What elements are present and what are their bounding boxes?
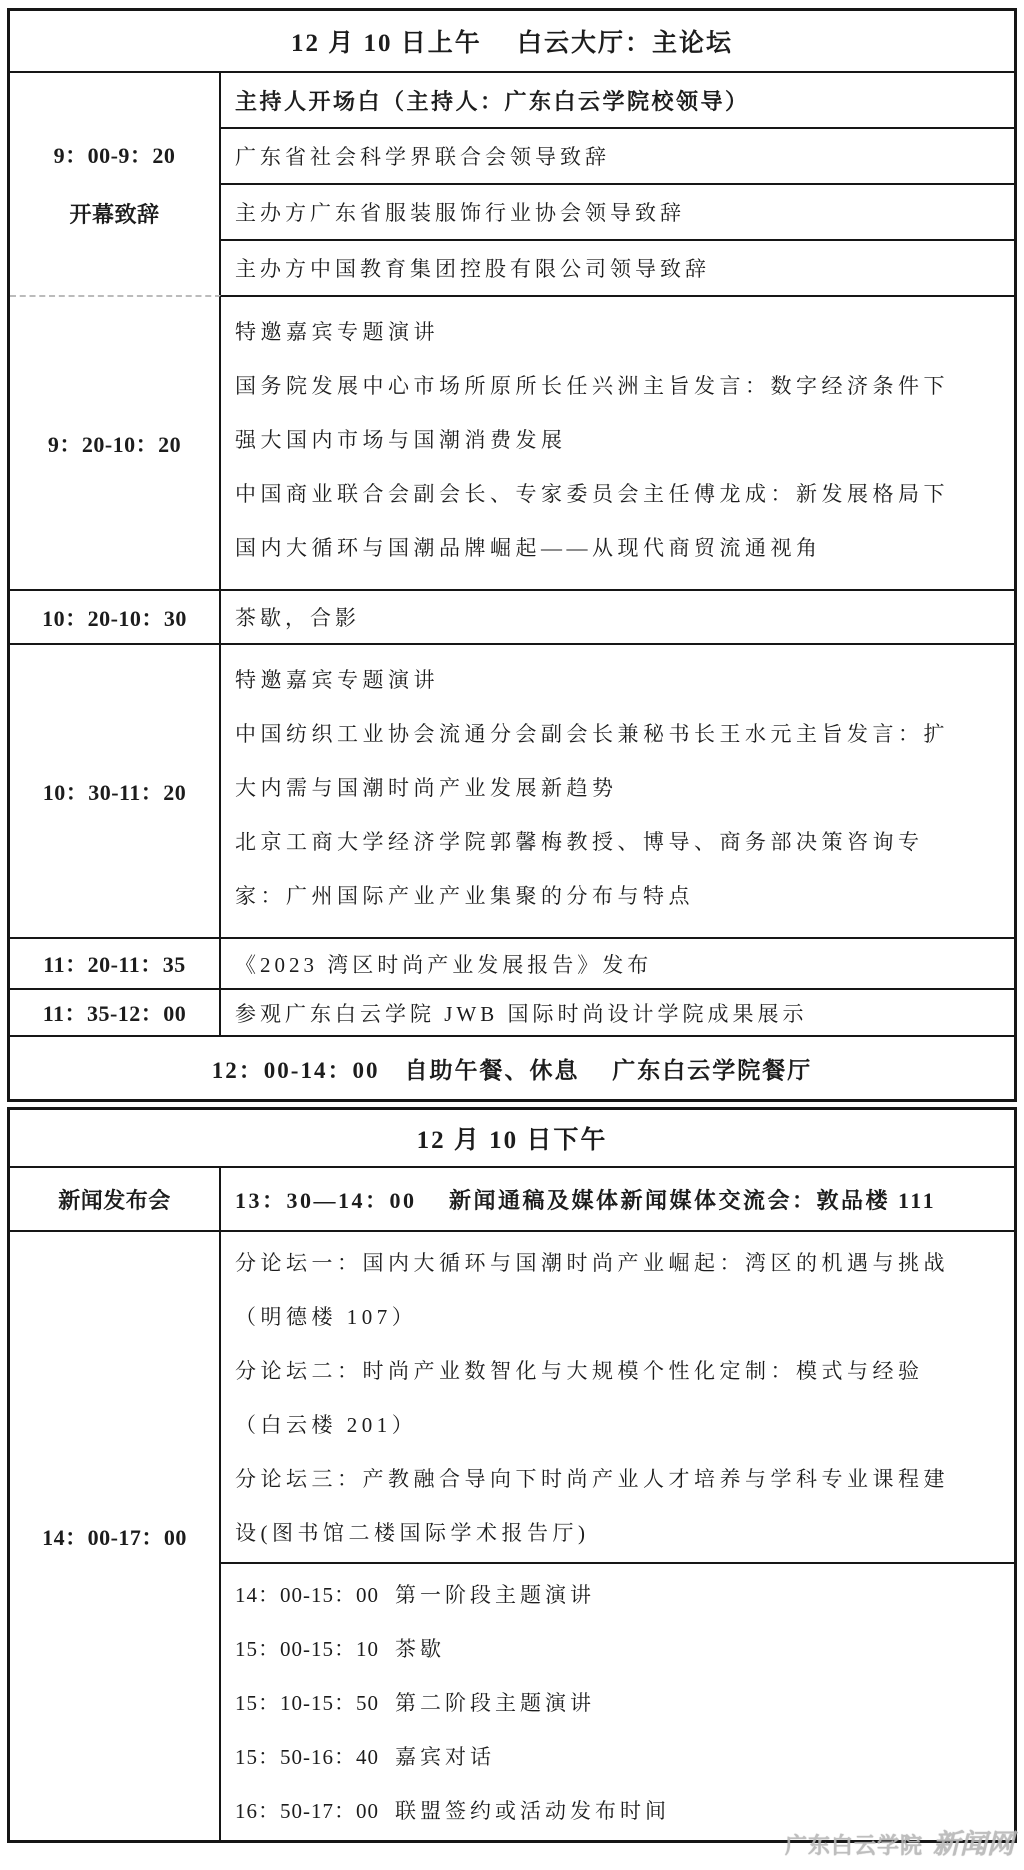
report-text: 《2023 湾区时尚产业发展报告》发布 [221, 939, 1014, 988]
schedule-line: 15：00-15：10 茶歇 [235, 1622, 1000, 1676]
press-label-cell: 新闻发布会 [10, 1166, 221, 1230]
report-time-cell: 11：20-11：35 [10, 937, 221, 988]
visit-content-cell: 参观广东白云学院 JWB 国际时尚设计学院成果展示 [221, 988, 1014, 1035]
keynote2-paragraph-0: 特邀嘉宾专题演讲 [235, 653, 968, 707]
opening-item-3: 主办方中国教育集团控股有限公司领导致辞 [221, 239, 1014, 295]
forums-time-cell: 14：00-17：00 [10, 1230, 221, 1840]
forum-3: 分论坛三：产教融合导向下时尚产业人才培养与学科专业课程建设(图书馆二楼国际学术报… [235, 1452, 968, 1560]
tea-break-text: 茶歇，合影 [221, 591, 1014, 643]
watermark-school-name: 广东白云学院 [785, 1829, 923, 1860]
site-watermark: 广东白云学院 新闻网 [785, 1822, 1014, 1861]
watermark-news-net: 新闻网 [933, 1822, 1014, 1861]
visit-time: 11：35-12：00 [43, 997, 187, 1028]
keynote1-paragraph-0: 特邀嘉宾专题演讲 [235, 305, 968, 359]
report-time: 11：20-11：35 [43, 948, 185, 979]
keynote1-time: 9：20-10：20 [48, 428, 181, 459]
keynote1-paragraph-1: 国务院发展中心市场所原所长任兴洲主旨发言：数字经济条件下强大国内市场与国潮消费发… [235, 359, 968, 467]
row-opening: 9：00-9：20 开幕致辞 主持人开场白（主持人：广东白云学院校领导） 广东省… [10, 71, 1014, 295]
schedule-title: 嘉宾对话 [395, 1730, 495, 1784]
row-keynote2: 10：30-11：20 特邀嘉宾专题演讲 中国纺织工业协会流通分会副会长兼秘书长… [10, 643, 1014, 937]
keynote1-paragraphs: 特邀嘉宾专题演讲 国务院发展中心市场所原所长任兴洲主旨发言：数字经济条件下强大国… [221, 297, 1014, 589]
tea-break-content-cell: 茶歇，合影 [221, 589, 1014, 643]
forums-schedule: 14：00-15：00 第一阶段主题演讲 15：00-15：10 茶歇 15：1… [221, 1562, 1014, 1840]
visit-text: 参观广东白云学院 JWB 国际时尚设计学院成果展示 [221, 990, 1014, 1035]
schedule-title: 茶歇 [395, 1622, 445, 1676]
schedule-page: 12 月 10 日上午 白云大厅：主论坛 9：00-9：20 开幕致辞 主持人开… [0, 0, 1024, 1870]
opening-time-cell: 9：00-9：20 开幕致辞 [10, 71, 221, 295]
press-content-cell: 13：30—14：00 新闻通稿及媒体新闻媒体交流会：敦品楼 111 [221, 1166, 1014, 1230]
keynote2-time: 10：30-11：20 [43, 776, 187, 807]
forum-2: 分论坛二：时尚产业数智化与大规模个性化定制：模式与经验（白云楼 201） [235, 1344, 968, 1452]
schedule-time: 14：00-15：00 [235, 1568, 379, 1622]
row-press: 新闻发布会 13：30—14：00 新闻通稿及媒体新闻媒体交流会：敦品楼 111 [10, 1166, 1014, 1230]
schedule-time: 15：00-15：10 [235, 1622, 379, 1676]
schedule-line: 15：10-15：50 第二阶段主题演讲 [235, 1676, 1000, 1730]
lunch-row: 12：00-14：00 自助午餐、休息 广东白云学院餐厅 [10, 1035, 1014, 1099]
opening-items-cell: 主持人开场白（主持人：广东白云学院校领导） 广东省社会科学界联合会领导致辞 主办… [221, 71, 1014, 295]
report-content-cell: 《2023 湾区时尚产业发展报告》发布 [221, 937, 1014, 988]
forum-1: 分论坛一：国内大循环与国潮时尚产业崛起：湾区的机遇与挑战（明德楼 107） [235, 1236, 968, 1344]
keynote1-paragraph-2: 中国商业联合会副会长、专家委员会主任傅龙成：新发展格局下国内大循环与国潮品牌崛起… [235, 467, 968, 575]
forums-content-cell: 分论坛一：国内大循环与国潮时尚产业崛起：湾区的机遇与挑战（明德楼 107） 分论… [221, 1230, 1014, 1840]
keynote2-paragraph-1: 中国纺织工业协会流通分会副会长兼秘书长王水元主旨发言：扩大内需与国潮时尚产业发展… [235, 707, 968, 815]
tea-break-time: 10：20-10：30 [42, 602, 187, 633]
visit-time-cell: 11：35-12：00 [10, 988, 221, 1035]
afternoon-title: 12 月 10 日下午 [10, 1110, 1014, 1166]
opening-label: 开幕致辞 [69, 198, 159, 229]
morning-title: 12 月 10 日上午 白云大厅：主论坛 [10, 11, 1014, 71]
morning-table: 12 月 10 日上午 白云大厅：主论坛 9：00-9：20 开幕致辞 主持人开… [7, 8, 1017, 1102]
schedule-time: 15：50-16：40 [235, 1730, 379, 1784]
forums-paragraphs: 分论坛一：国内大循环与国潮时尚产业崛起：湾区的机遇与挑战（明德楼 107） 分论… [221, 1232, 1014, 1562]
opening-time: 9：00-9：20 [54, 139, 176, 170]
press-text: 13：30—14：00 新闻通稿及媒体新闻媒体交流会：敦品楼 111 [221, 1168, 1014, 1230]
schedule-time: 16：50-17：00 [235, 1784, 379, 1838]
keynote2-paragraphs: 特邀嘉宾专题演讲 中国纺织工业协会流通分会副会长兼秘书长王水元主旨发言：扩大内需… [221, 645, 1014, 937]
keynote1-time-cell: 9：20-10：20 [10, 295, 221, 589]
afternoon-table: 12 月 10 日下午 新闻发布会 13：30—14：00 新闻通稿及媒体新闻媒… [7, 1107, 1017, 1843]
row-keynote1: 9：20-10：20 特邀嘉宾专题演讲 国务院发展中心市场所原所长任兴洲主旨发言… [10, 295, 1014, 589]
schedule-time: 15：10-15：50 [235, 1676, 379, 1730]
keynote2-time-cell: 10：30-11：20 [10, 643, 221, 937]
keynote1-content-cell: 特邀嘉宾专题演讲 国务院发展中心市场所原所长任兴洲主旨发言：数字经济条件下强大国… [221, 295, 1014, 589]
keynote2-content-cell: 特邀嘉宾专题演讲 中国纺织工业协会流通分会副会长兼秘书长王水元主旨发言：扩大内需… [221, 643, 1014, 937]
press-label: 新闻发布会 [58, 1184, 171, 1215]
row-tea-break: 10：20-10：30 茶歇，合影 [10, 589, 1014, 643]
keynote2-paragraph-2: 北京工商大学经济学院郭馨梅教授、博导、商务部决策咨询专家：广州国际产业产业集聚的… [235, 815, 968, 923]
tea-break-time-cell: 10：20-10：30 [10, 589, 221, 643]
forums-time: 14：00-17：00 [42, 1521, 187, 1552]
schedule-title: 第一阶段主题演讲 [395, 1568, 595, 1622]
opening-item-host: 主持人开场白（主持人：广东白云学院校领导） [221, 73, 1014, 127]
opening-item-2: 主办方广东省服装服饰行业协会领导致辞 [221, 183, 1014, 239]
row-forums: 14：00-17：00 分论坛一：国内大循环与国潮时尚产业崛起：湾区的机遇与挑战… [10, 1230, 1014, 1840]
schedule-title: 第二阶段主题演讲 [395, 1676, 595, 1730]
schedule-line: 15：50-16：40 嘉宾对话 [235, 1730, 1000, 1784]
schedule-title: 联盟签约或活动发布时间 [395, 1784, 670, 1838]
opening-item-1: 广东省社会科学界联合会领导致辞 [221, 127, 1014, 183]
schedule-line: 14：00-15：00 第一阶段主题演讲 [235, 1568, 1000, 1622]
row-visit: 11：35-12：00 参观广东白云学院 JWB 国际时尚设计学院成果展示 [10, 988, 1014, 1035]
row-report: 11：20-11：35 《2023 湾区时尚产业发展报告》发布 [10, 937, 1014, 988]
